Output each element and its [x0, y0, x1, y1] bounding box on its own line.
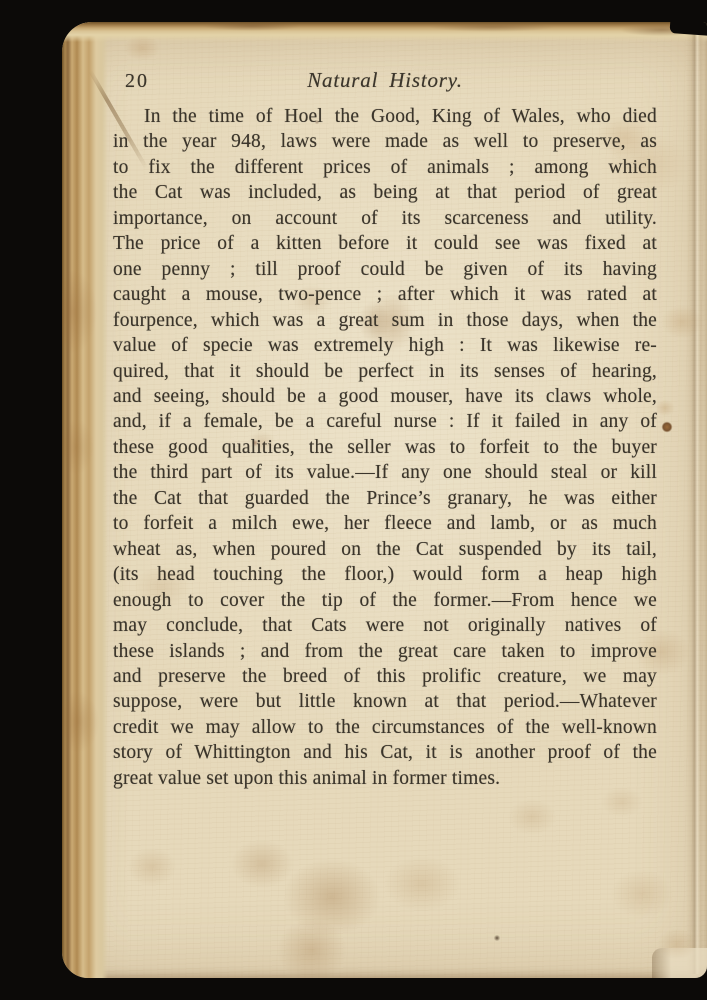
book-page: 20 Natural History. In the time of Hoel …	[62, 22, 707, 978]
body-line: to fix the different prices of animals ;…	[113, 155, 657, 180]
body-line: suppose, were but little known at that p…	[113, 689, 657, 714]
body-line: one penny ; till proof could be given of…	[113, 257, 657, 282]
page-number: 20	[125, 70, 149, 93]
body-line: in the year 948, laws were made as well …	[113, 129, 657, 154]
body-line: and preserve the breed of this prolific …	[113, 664, 657, 689]
body-line: quired, that it should be perfect in its…	[113, 359, 657, 384]
body-line: the Cat was included, as being at that p…	[113, 180, 657, 205]
body-line: the third part of its value.—If any one …	[113, 460, 657, 485]
running-title: Natural History.	[113, 68, 657, 93]
body-line: story of Whittington and his Cat, it is …	[113, 740, 657, 765]
scanned-book-photo: 20 Natural History. In the time of Hoel …	[0, 0, 707, 1000]
body-line: value of specie was extremely high : It …	[113, 333, 657, 358]
body-line: great value set upon this animal in form…	[113, 766, 657, 791]
body-line: these good qualities, the seller was to …	[113, 435, 657, 460]
body-line: In the time of Hoel the Good, King of Wa…	[113, 104, 657, 129]
body-line: and seeing, should be a good mouser, hav…	[113, 384, 657, 409]
body-line: enough to cover the tip of the former.—F…	[113, 588, 657, 613]
body-line: and, if a female, be a careful nurse : I…	[113, 409, 657, 434]
body-line: wheat as, when poured on the Cat suspend…	[113, 537, 657, 562]
body-line: caught a mouse, two-pence ; after which …	[113, 282, 657, 307]
body-line: (its head touching the floor,) would for…	[113, 562, 657, 587]
body-line: the Cat that guarded the Prince’s granar…	[113, 486, 657, 511]
body-line: credit we may allow to the circumstances…	[113, 715, 657, 740]
body-line: may conclude, that Cats were not origina…	[113, 613, 657, 638]
body-line: fourpence, which was a great sum in thos…	[113, 308, 657, 333]
body-line: The price of a kitten before it could se…	[113, 231, 657, 256]
page-content: 20 Natural History. In the time of Hoel …	[113, 68, 657, 791]
body-line: to forfeit a milch ewe, her fleece and l…	[113, 511, 657, 536]
body-text: In the time of Hoel the Good, King of Wa…	[113, 104, 657, 791]
body-line: these islands ; and from the great care …	[113, 639, 657, 664]
page-header: 20 Natural History.	[113, 68, 657, 96]
body-line: importance, on account of its scarceness…	[113, 206, 657, 231]
